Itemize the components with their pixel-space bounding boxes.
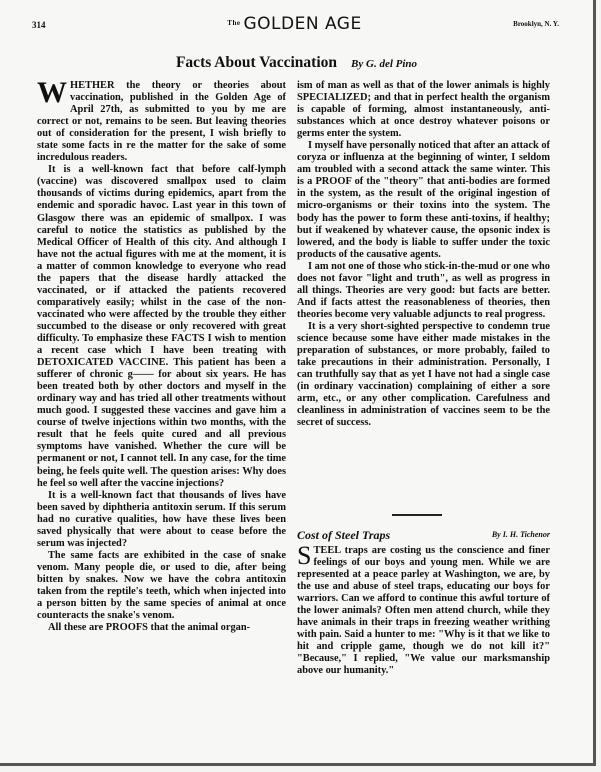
article-title-row: Facts About Vaccination By G. del Pino (0, 54, 593, 72)
dropcap: S (297, 545, 311, 567)
masthead-prefix: The (227, 19, 240, 27)
article-right-column: ism of man as well as that of the lower … (297, 80, 550, 429)
article-paragraph: The same facts are exhibited in the case… (37, 550, 286, 622)
article-paragraph: All these are PROOFS that the animal org… (37, 622, 286, 634)
sub-article-byline: By I. H. Tichenor (492, 530, 550, 539)
section-divider (392, 514, 442, 516)
article-paragraph: WHETHER the theory or theories about vac… (37, 80, 286, 164)
sub-article-paragraph: STEEL traps are costing us the conscienc… (297, 545, 550, 678)
article-paragraph: ism of man as well as that of the lower … (297, 80, 550, 140)
article-left-column: WHETHER the theory or theories about vac… (37, 80, 286, 634)
article-paragraph: I am not one of those who stick-in-the-m… (297, 261, 550, 321)
magazine-page: 314 TheGOLDEN AGE Brooklyn, N. Y. Facts … (0, 0, 596, 766)
sub-article-title-row: Cost of Steel Traps By I. H. Tichenor (297, 528, 550, 542)
article-paragraph: It is a well-known fact that before calf… (37, 164, 286, 489)
article-paragraph: It is a well-known fact that thousands o… (37, 490, 286, 550)
page-header: 314 TheGOLDEN AGE Brooklyn, N. Y. (24, 14, 565, 34)
sub-article-body: STEEL traps are costing us the conscienc… (297, 545, 550, 678)
masthead: TheGOLDEN AGE (24, 14, 565, 34)
article-title: Facts About Vaccination (176, 54, 337, 71)
article-paragraph: I myself have personally noticed that af… (297, 140, 550, 260)
dateline: Brooklyn, N. Y. (513, 20, 559, 28)
article-paragraph: It is a very short-sighted perspective t… (297, 321, 550, 429)
dropcap: W (37, 81, 67, 105)
article-byline: By G. del Pino (351, 58, 417, 70)
masthead-title: GOLDEN AGE (243, 14, 361, 34)
